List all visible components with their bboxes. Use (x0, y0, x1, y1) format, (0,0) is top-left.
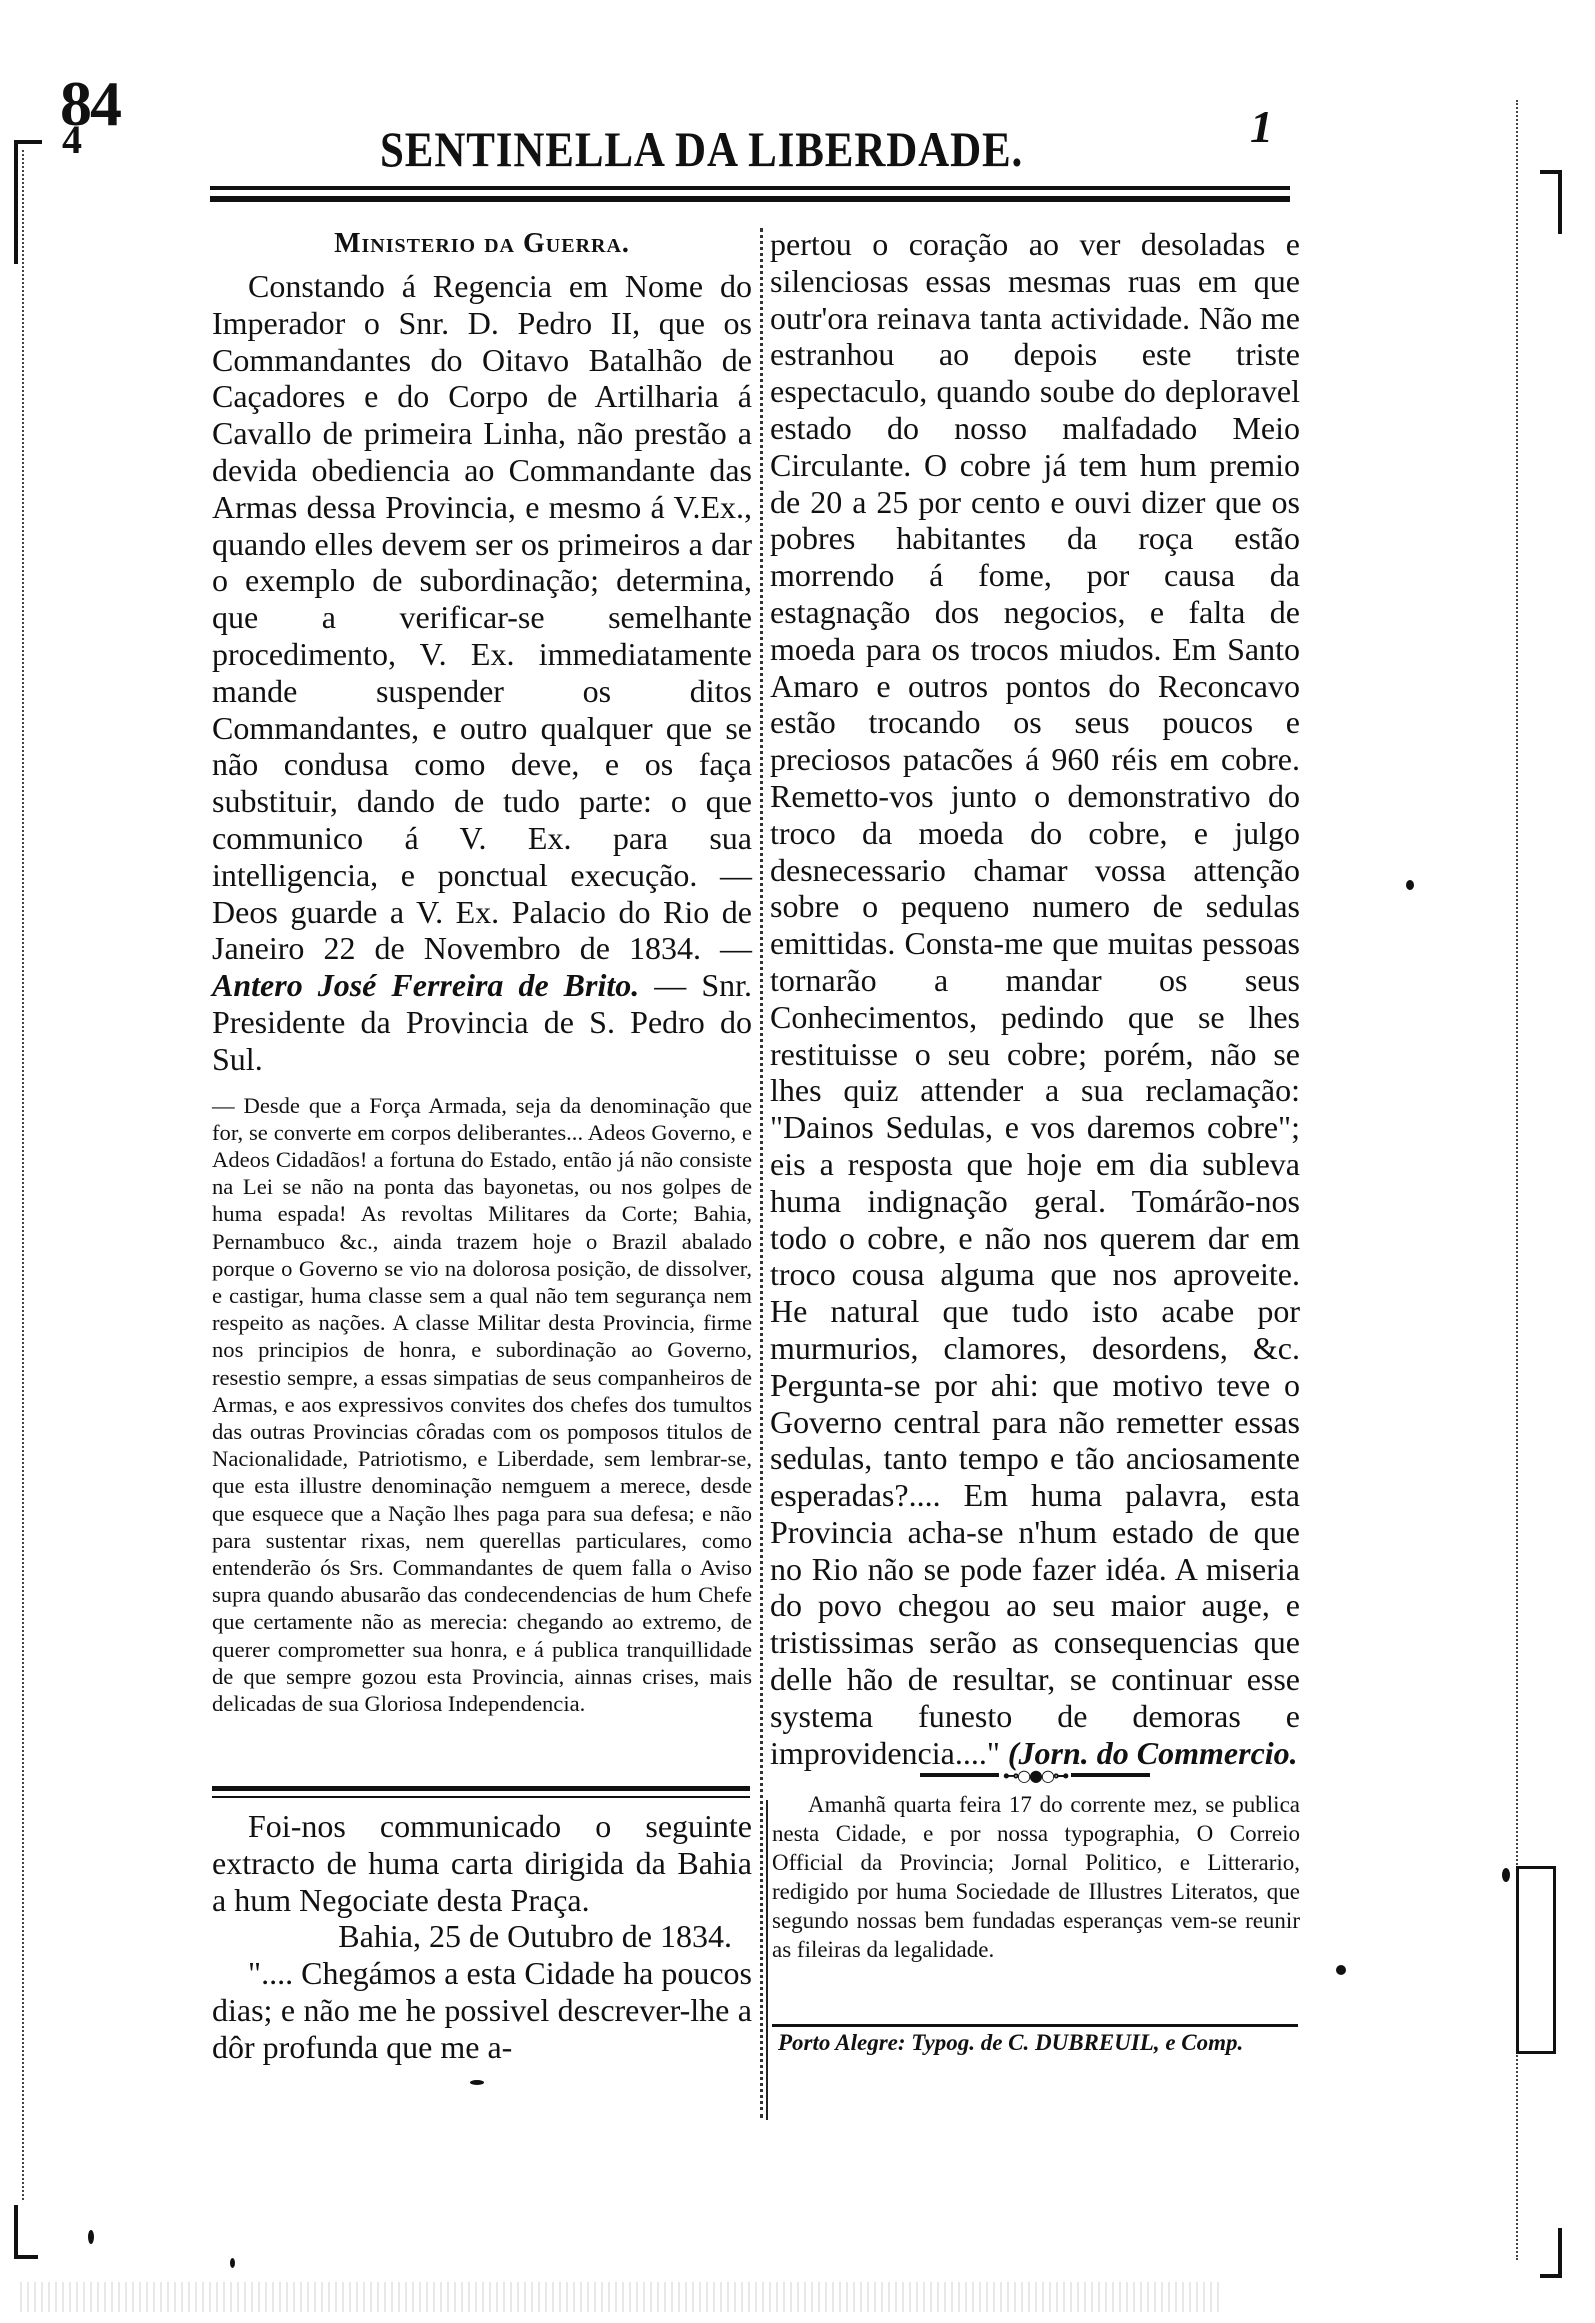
ink-speck (1336, 1965, 1346, 1975)
masthead-title: SENTINELLA DA LIBERDADE. (380, 120, 1023, 178)
ornament-line-right (1071, 1773, 1150, 1777)
pencil-annotation: 1 (1250, 100, 1273, 153)
letter-section: Foi-nos communicado o seguinte extracto … (212, 1808, 752, 2066)
notice-text: Amanhã quarta feira 17 do corrente mez, … (772, 1790, 1300, 1964)
editorial-commentary: — Desde que a Força Armada, seja da deno… (212, 1092, 752, 1718)
decree-text: Constando á Regencia em Nome do Imperado… (212, 268, 752, 966)
ink-speck (1406, 880, 1414, 890)
masthead-rule-thick (210, 196, 1290, 202)
page-number-sub: 4 (62, 120, 82, 160)
printer-imprint: Porto Alegre: Typog. de C. DUBREUIL, e C… (778, 2030, 1298, 2056)
crop-mark-bottom-right (1540, 2228, 1562, 2278)
letter-continued: pertou o coração ao ver desoladas e sile… (770, 226, 1300, 1771)
publication-notice: Amanhã quarta feira 17 do corrente mez, … (772, 1790, 1300, 1964)
ink-speck (1502, 1868, 1510, 1882)
section-rule-thick (212, 1786, 750, 1791)
ink-speck (470, 2080, 484, 2085)
scan-noise (20, 2282, 1220, 2312)
masthead-rule-thin (210, 186, 1290, 190)
letter-continued-text: pertou o coração ao ver desoladas e sile… (770, 226, 1300, 1771)
letter-intro: Foi-nos communicado o seguinte extracto … (212, 1808, 752, 1918)
ornament-knot: ⊷○●○⊶ (999, 1766, 1071, 1785)
section-heading: Ministerio da Guerra. (212, 228, 752, 260)
left-column: Ministerio da Guerra. Constando á Regenc… (212, 228, 752, 1717)
letter-body-start: ".... Chegámos a esta Cidade ha poucos d… (212, 1955, 752, 2065)
crop-mark-bottom-left (14, 2205, 38, 2259)
ornament-line-left (920, 1773, 999, 1777)
margin-box-mark (1516, 1866, 1556, 2054)
column-divider (760, 228, 763, 2118)
ink-speck (230, 2258, 235, 2268)
crop-mark-top-right (1540, 170, 1562, 234)
imprint-rule (772, 2024, 1298, 2027)
signature: Antero José Ferreira de Brito. (212, 967, 639, 1003)
crop-mark-top-left (14, 140, 42, 264)
letter-dateline: Bahia, 25 de Outubro de 1834. (212, 1918, 752, 1955)
column-divider-solid (766, 1800, 768, 2120)
section-ornament: ⊷○●○⊶ (920, 1768, 1150, 1782)
section-rule-thin (212, 1796, 750, 1798)
ink-speck (88, 2230, 94, 2244)
right-column: pertou o coração ao ver desoladas e sile… (770, 226, 1300, 1771)
decree-paragraph: Constando á Regencia em Nome do Imperado… (212, 268, 752, 1078)
scan-edge-left (22, 150, 24, 2200)
